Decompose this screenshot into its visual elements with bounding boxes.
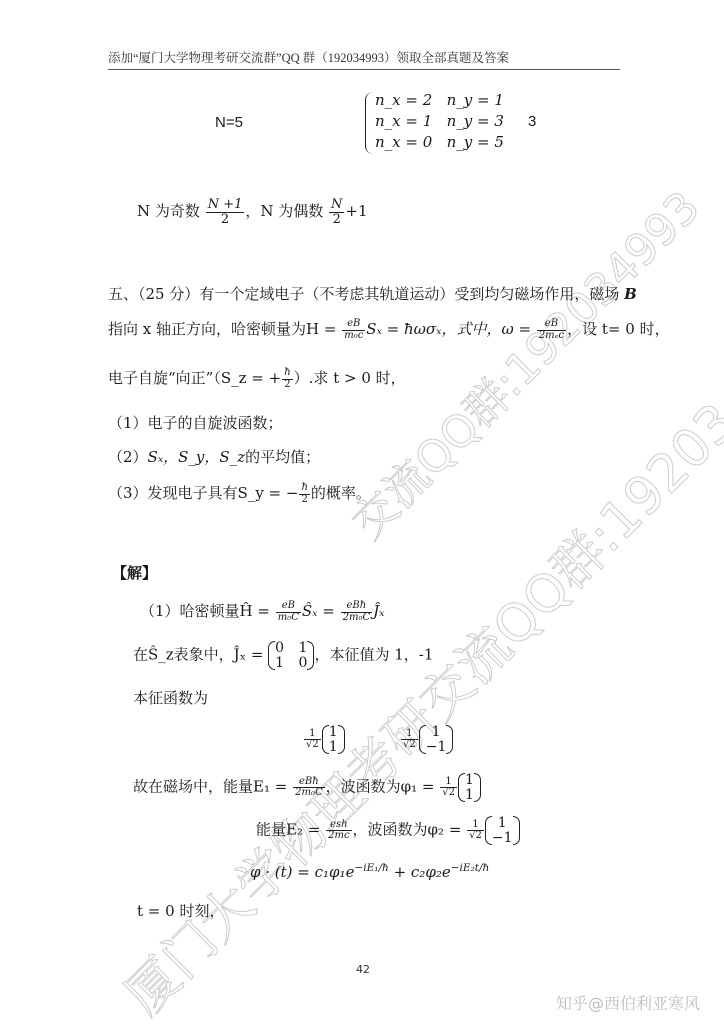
- case-row: n_x = 0 n_y = 5: [375, 132, 515, 153]
- degeneracy-count: 3: [528, 113, 536, 130]
- fraction: N2: [329, 198, 344, 226]
- fraction: N +12: [206, 198, 245, 226]
- eigenfunctions-label: 本征函数为: [133, 687, 208, 708]
- fraction: esh2mc: [326, 820, 351, 842]
- column-vector: 1−1: [419, 725, 454, 754]
- solution-sz-representation: 在Ŝ_z表象中，Ĵₓ = 0 11 0，本征值为 1，-1: [133, 641, 433, 670]
- n-label: N=5: [215, 114, 243, 131]
- pauli-matrix: 0 11 0: [268, 641, 314, 670]
- fraction: 1√2: [304, 729, 321, 751]
- column-vector: 1−1: [485, 816, 520, 845]
- left-brace-icon: [365, 92, 374, 154]
- page-number: 42: [356, 963, 370, 976]
- t-zero-label: t = 0 时刻，: [137, 900, 224, 921]
- fraction: 1√2: [467, 820, 484, 842]
- problem-line-2: 指向 x 轴正方向，哈密顿量为H = eBm₀cSₓ = ħωσₓ，式中，ω =…: [108, 318, 670, 341]
- page-header: 添加“厦门大学物理考研交流群”QQ 群（192034993）领取全部真题及答案: [108, 48, 620, 70]
- problem-line-1: 五、（25 分）有一个定域电子（不考虑其轨道运动）受到均匀磁场作用，磁场 B: [108, 283, 637, 304]
- fraction: 1√2: [440, 777, 457, 799]
- zhihu-credit: 知乎@西伯利亚寒风: [556, 991, 700, 1014]
- column-vector: 11: [322, 725, 345, 754]
- eigenvector-2: 1√21−1: [400, 725, 453, 754]
- fraction: 1√2: [401, 729, 418, 751]
- case-brace-block: n_x = 2 n_y = 1 n_x = 1 n_y = 3 n_x = 0 …: [365, 90, 515, 153]
- fraction: eBm₀C: [276, 601, 301, 623]
- fraction: eBħ2m₀C: [293, 777, 325, 799]
- question-2: （2）Sₓ，S_y，S_z的平均值；: [108, 446, 320, 467]
- energy-2-line: 能量E₂ = esh2mc，波函数为φ₂ = 1√21−1: [256, 816, 520, 845]
- fraction: eBm₀c: [342, 319, 365, 341]
- solution-title: 【解】: [112, 562, 157, 583]
- fraction: ħ2: [299, 483, 309, 505]
- case-row: n_x = 2 n_y = 1: [375, 90, 515, 111]
- eigenvector-1: 1√211: [303, 725, 345, 754]
- parity-rule: N 为奇数 N +12，N 为偶数 N2+1: [137, 198, 368, 226]
- case-row: n_x = 1 n_y = 3: [375, 111, 515, 132]
- fraction: ħ2: [282, 368, 292, 390]
- fraction: eB2mₑc: [537, 319, 566, 341]
- problem-line-3: 电子自旋“向正”（S_z = +ħ2）.求 t > 0 时，: [108, 367, 406, 390]
- question-3: （3）发现电子具有S_y = −ħ2的概率。: [108, 482, 371, 505]
- time-evolution-equation: φ · (t) = c₁φ₁e−iE₁/ħ + c₂φ₂e−iE₂t/ħ: [250, 862, 489, 881]
- solution-hamiltonian: （1）哈密顿量Ĥ = eBm₀CŜₓ = eBħ2m₀CĴₓ: [140, 600, 384, 623]
- question-1: （1）电子的自旋波函数；: [108, 412, 283, 433]
- column-vector: 11: [458, 773, 481, 802]
- energy-1-line: 故在磁场中，能量E₁ = eBħ2m₀C，波函数为φ₁ = 1√211: [133, 773, 481, 802]
- fraction: eBħ2m₀C: [341, 601, 373, 623]
